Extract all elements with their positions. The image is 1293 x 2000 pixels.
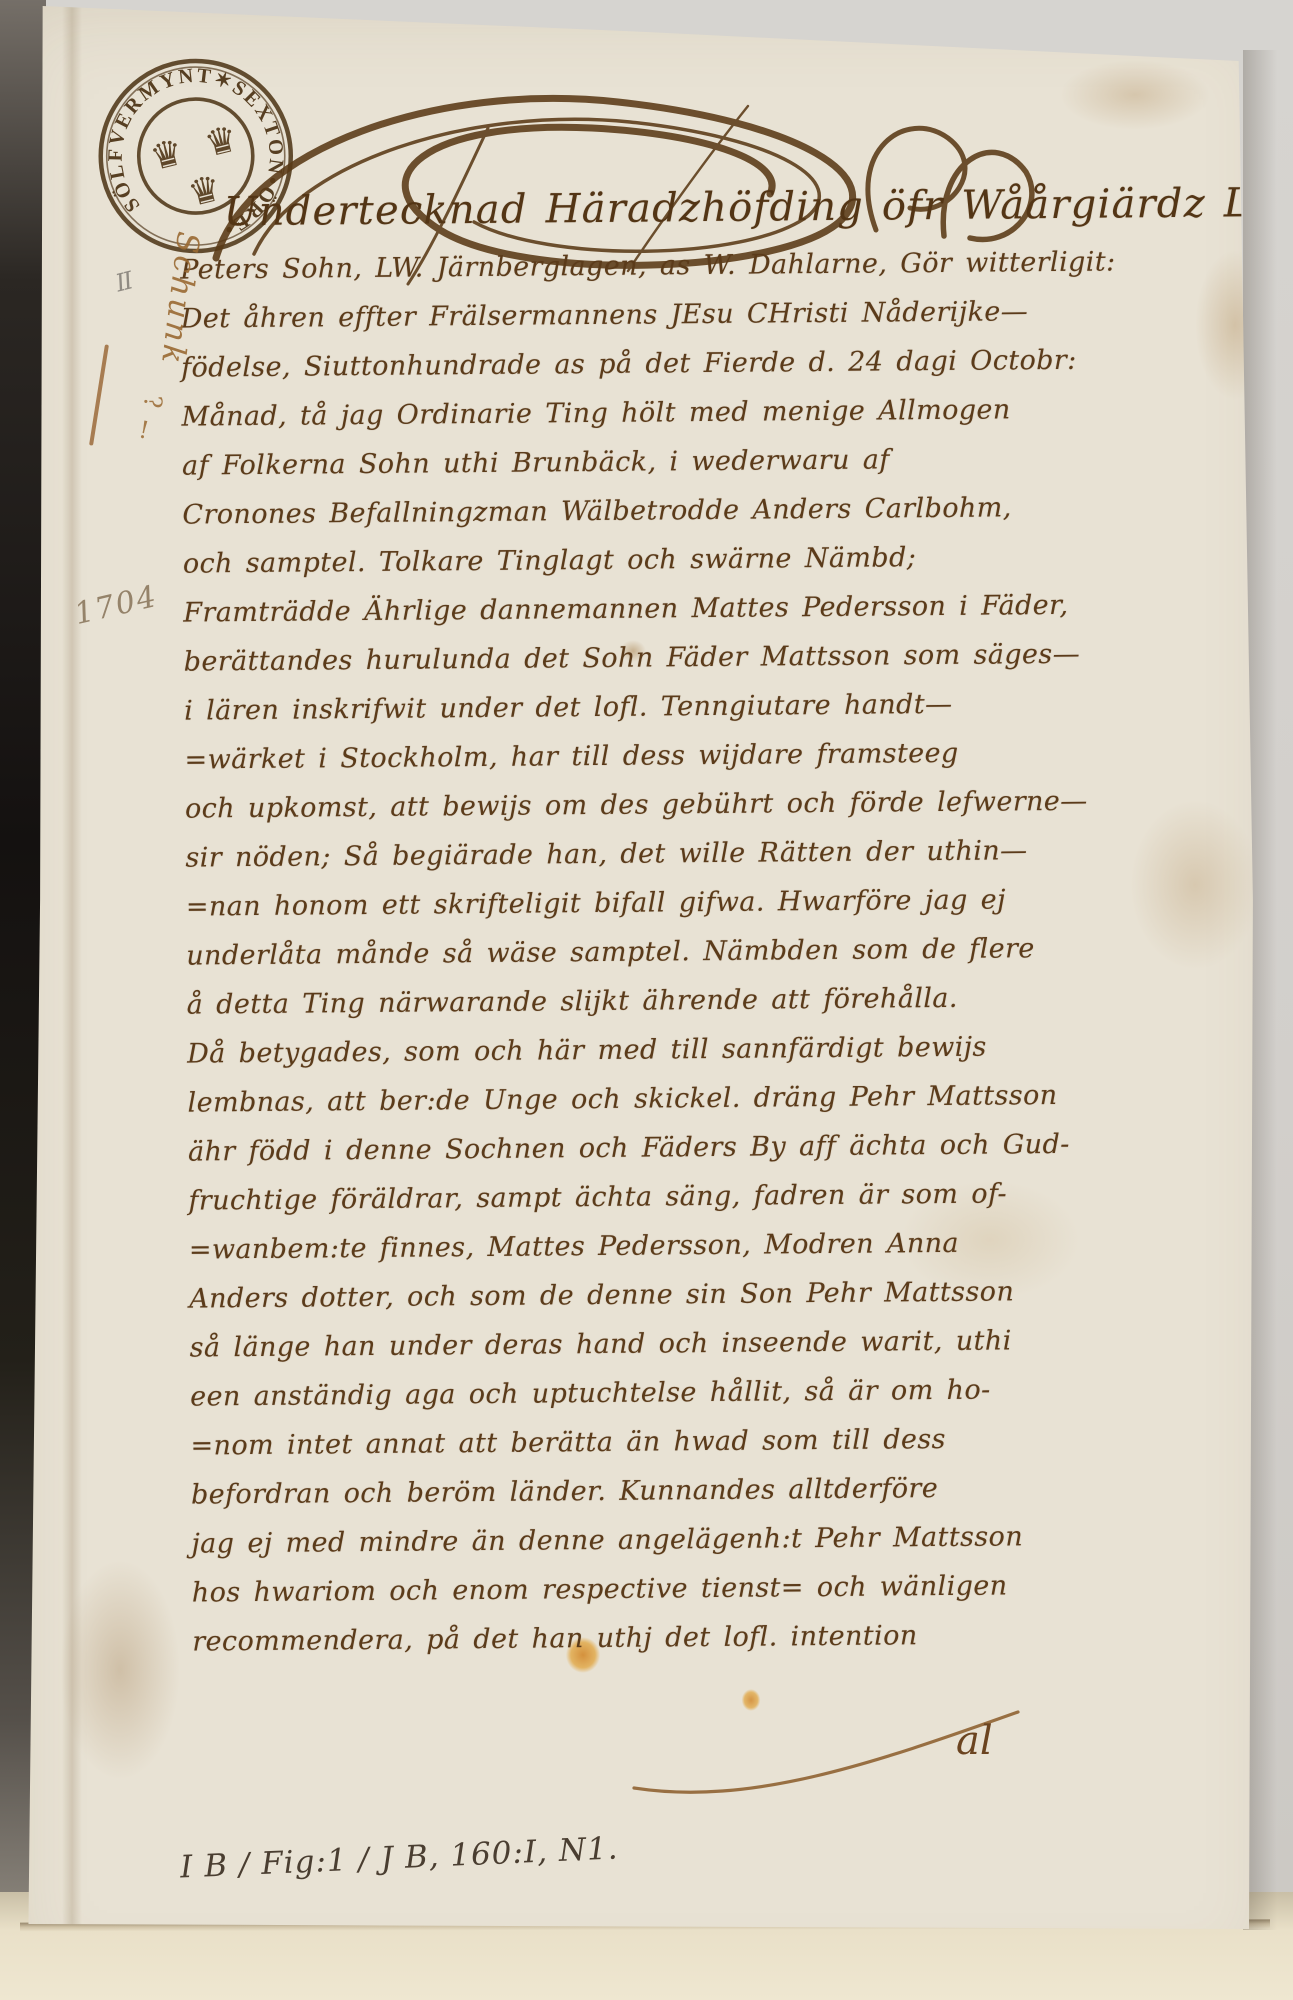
manuscript-line: Anders dotter, och som de denne sin Son …: [189, 1267, 1009, 1323]
manuscript-line: i lären inskrifwit under det lofl. Tenng…: [184, 679, 1004, 735]
archive-notation: I B / Fig:1 / J B, 160:I, N1.: [179, 1830, 619, 1885]
manuscript-line: sir nöden; Så begiärade han, det wille R…: [185, 826, 1005, 882]
manuscript-line: hos hwariom och enom respective tienst= …: [192, 1561, 1012, 1617]
signature-swash: al: [620, 1684, 1050, 1804]
manuscript-line: berättandes hurulunda det Sohn Fäder Mat…: [184, 630, 1004, 686]
crown-icon: ♛: [146, 132, 187, 180]
manuscript-line: recommendera, på det han uthj det lofl. …: [192, 1610, 1012, 1666]
manuscript-line: jag ej med mindre än denne angelägenh:t …: [191, 1512, 1011, 1568]
margin-ink-stroke: [89, 344, 109, 445]
margin-question-mark: ?: [138, 396, 166, 409]
manuscript-sheet: SÖLFVERMYNT✶SEXTON•ÖRE• ♛ ♛ ♛: [0, 0, 1293, 2000]
manuscript-line: =nom intet annat att berätta än hwad som…: [190, 1414, 1010, 1470]
manuscript-line: Då betygades, som och här med till sannf…: [187, 1022, 1007, 1078]
manuscript-line: Peters Sohn, LW. Järnberglagen, as W. Da…: [180, 238, 1000, 294]
manuscript-body: Undertecknad Häradzhöfding öfr Wåårgiärd…: [180, 172, 1013, 1666]
manuscript-line: Det åhren effter Frälsermannens JEsu CHr…: [181, 287, 1001, 343]
foxing-stain: [1060, 60, 1210, 130]
foxing-stain: [1130, 800, 1260, 970]
manuscript-line: lembnas, att ber:de Unge och skickel. dr…: [187, 1071, 1007, 1127]
margin-exclamation-mark: !: [136, 415, 151, 444]
margin-year-note: 1704: [71, 579, 161, 632]
manuscript-line: så länge han under deras hand och inseen…: [190, 1316, 1010, 1372]
manuscript-line: Cronones Befallningzman Wälbetrodde Ande…: [182, 483, 1002, 539]
manuscript-line: =wärket i Stockholm, har till dess wijda…: [184, 728, 1004, 784]
signature-letters: al: [956, 1718, 993, 1764]
manuscript-line: =wanbem:te finnes, Mattes Pedersson, Mod…: [189, 1218, 1009, 1274]
manuscript-line: befordran och beröm länder. Kunnandes al…: [191, 1463, 1011, 1519]
manuscript-line: af Folkerna Sohn uthi Brunbäck, i wederw…: [182, 434, 1002, 490]
manuscript-line: och samptel. Tolkare Tinglagt och swärne…: [183, 532, 1003, 588]
manuscript-line: och upkomst, att bewijs om des gebührt o…: [185, 777, 1005, 833]
manuscript-line: å detta Ting närwarande slijkt ährende a…: [187, 973, 1007, 1029]
manuscript-line: födelse, Siuttonhundrade as på det Fierd…: [181, 336, 1001, 392]
manuscript-line: fruchtige föräldrar, sampt ächta säng, f…: [188, 1169, 1008, 1225]
manuscript-line: Månad, tå jag Ordinarie Ting hölt med me…: [181, 385, 1001, 441]
manuscript-line: Framträdde Ährlige dannemannen Mattes Pe…: [183, 581, 1003, 637]
manuscript-line: Undertecknad Häradzhöfding öfr Wåårgiärd…: [180, 172, 1001, 245]
manuscript-line: underlåta månde så wäse samptel. Nämbden…: [186, 924, 1006, 980]
manuscript-line: ähr född i denne Sochnen och Fäders By a…: [188, 1120, 1008, 1176]
manuscript-line: =nan honom ett skrifteligit bifall gifwa…: [186, 875, 1006, 931]
manuscript-line: een anständig aga och uptuchtelse hållit…: [190, 1365, 1010, 1421]
photograph-of-manuscript: SÖLFVERMYNT✶SEXTON•ÖRE• ♛ ♛ ♛: [0, 0, 1293, 2000]
foxing-stain: [60, 1560, 180, 1780]
